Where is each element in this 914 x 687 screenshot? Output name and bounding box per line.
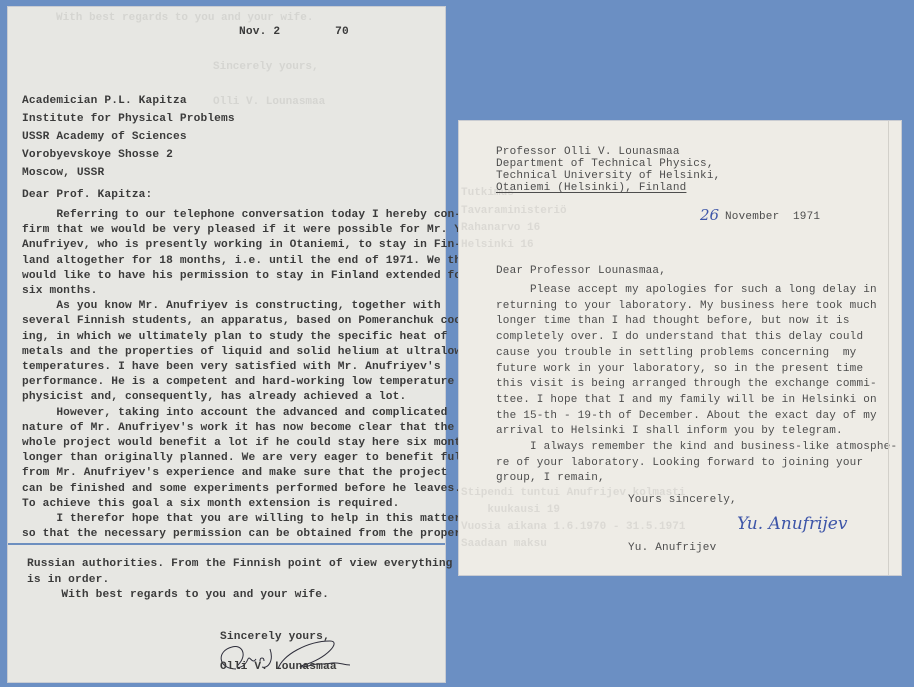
- body-line: cause you trouble in settling problems c…: [496, 347, 856, 359]
- body-line: Please accept my apologies for such a lo…: [496, 284, 877, 296]
- body-line: As you know Mr. Anufriyev is constructin…: [22, 300, 441, 312]
- body-line: completely over. I do understand that th…: [496, 331, 863, 343]
- body-line: metals and the properties of liquid and …: [22, 346, 461, 358]
- body-line: the 15-th - 19-th of December. About the…: [496, 410, 877, 422]
- body-line: group, I remain,: [496, 472, 605, 484]
- ghost-text: kuukausi 19: [461, 504, 560, 516]
- letter-date: November 1971: [725, 211, 820, 223]
- body-line: future work in your laboratory, so in th…: [496, 363, 863, 375]
- ghost-text: With best regards to you and your wife.: [56, 12, 313, 24]
- address-line: Otaniemi (Helsinki), Finland: [496, 182, 686, 194]
- body-line: land altogether for 18 months, i.e. unti…: [22, 255, 475, 267]
- closing: Yours sincerely,: [628, 494, 737, 506]
- body-line: Russian authorities. From the Finnish po…: [27, 558, 453, 570]
- handwritten-signature: Yu. Anufrijev: [737, 514, 847, 534]
- body-line: performance. He is a competent and hard-…: [22, 376, 454, 388]
- body-line: longer than originally planned. We are v…: [22, 452, 475, 464]
- ghost-text: Saadaan maksu: [461, 538, 547, 550]
- address-line: Academician P.L. Kapitza: [22, 95, 187, 107]
- letter-right-anufrijev-to-lounasmaa: Tutkimus Tavaraministeriö Rahanarvo 16 H…: [459, 121, 901, 575]
- body-line: ing, in which we ultimately plan to stud…: [22, 331, 448, 343]
- body-line: this visit is being arranged through the…: [496, 378, 877, 390]
- body-line: re of your laboratory. Looking forward t…: [496, 457, 863, 469]
- salutation: Dear Professor Lounasmaa,: [496, 265, 666, 277]
- address-line: Department of Technical Physics,: [496, 158, 714, 170]
- address-line: Institute for Physical Problems: [22, 113, 235, 125]
- letter-left-lounasmaa-to-kapitza: With best regards to you and your wife. …: [8, 7, 445, 682]
- address-line: Professor Olli V. Lounasmaa: [496, 146, 680, 158]
- body-line: I therefor hope that you are willing to …: [22, 513, 461, 525]
- body-line: However, taking into account the advance…: [22, 407, 448, 419]
- body-line: so that the necessary permission can be …: [22, 528, 461, 540]
- body-line: ttee. I hope that I and my family will b…: [496, 394, 877, 406]
- ghost-text: Tavaraministeriö: [461, 205, 567, 217]
- body-line: nature of Mr. Anufriyev's work it has no…: [22, 422, 454, 434]
- body-line: To achieve this goal a six month extensi…: [22, 498, 400, 510]
- signer-name: Yu. Anufrijev: [628, 542, 716, 554]
- body-line: physicist and, consequently, has already…: [22, 391, 406, 403]
- body-line: from Mr. Anufriyev's experience and make…: [22, 467, 448, 479]
- body-line: whole project would benefit a lot if he …: [22, 437, 475, 449]
- handwritten-day: 26: [700, 206, 719, 224]
- body-line: would like to have his permission to sta…: [22, 270, 468, 282]
- body-line: six months.: [22, 285, 98, 297]
- body-line: Referring to our telephone conversation …: [22, 209, 461, 221]
- letter-date: Nov. 2 70: [239, 26, 349, 38]
- ghost-text: Sincerely yours,: [213, 61, 319, 73]
- body-line: firm that we would be very pleased if it…: [22, 224, 475, 236]
- signer-name: Olli V. Lounasmaa: [220, 661, 337, 673]
- body-line: returning to your laboratory. My busines…: [496, 300, 877, 312]
- body-line: arrival to Helsinki I shall inform you b…: [496, 425, 843, 437]
- address-line: Moscow, USSR: [22, 167, 104, 179]
- body-line: With best regards to you and your wife.: [27, 589, 329, 601]
- address-line: Vorobyevskoye Shosse 2: [22, 149, 173, 161]
- salutation: Dear Prof. Kapitza:: [22, 189, 152, 201]
- body-line: several Finnish students, an apparatus, …: [22, 315, 475, 327]
- address-line: Technical University of Helsinki,: [496, 170, 720, 182]
- body-line: longer time than I had thought before, b…: [496, 315, 850, 327]
- body-line: temperatures. I have been very satisfied…: [22, 361, 441, 373]
- body-line: I always remember the kind and business-…: [496, 441, 897, 453]
- ghost-text: Olli V. Lounasmaa: [213, 96, 325, 108]
- address-line: USSR Academy of Sciences: [22, 131, 187, 143]
- ghost-text: Vuosia aikana 1.6.1970 - 31.5.1971: [461, 521, 685, 533]
- ghost-text: Rahanarvo 16: [461, 222, 540, 234]
- ghost-text: Helsinki 16: [461, 239, 534, 251]
- body-line: is in order.: [27, 574, 109, 586]
- body-line: Anufriyev, who is presently working in O…: [22, 239, 461, 251]
- page-divider: [8, 543, 445, 545]
- body-line: can be finished and some experiments per…: [22, 483, 461, 495]
